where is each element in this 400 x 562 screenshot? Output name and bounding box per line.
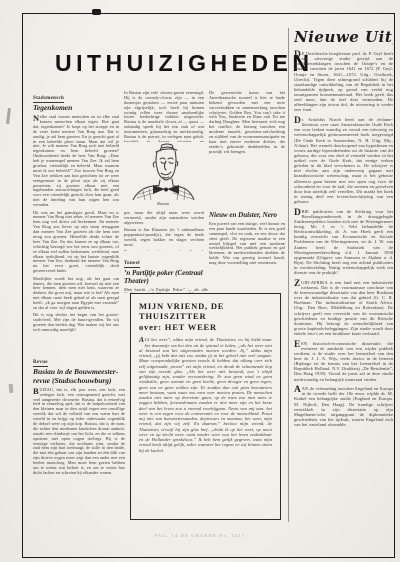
paragraph-text: EN historisch-economische dissertatie, d… bbox=[294, 341, 393, 382]
drop-cap: A bbox=[139, 337, 144, 343]
illustration-caption: Busiau bbox=[128, 201, 198, 206]
paragraph-text: elke stad wonen menschen en in elke stad… bbox=[33, 114, 119, 207]
column-heading-nieuwe-uitgaven: Nieuwe Uitgaven bbox=[294, 28, 393, 46]
drop-cap: D bbox=[294, 51, 301, 59]
section-kicker-stadsmensch: Stadsmensch bbox=[33, 96, 64, 103]
busiau-illustration: Busiau bbox=[128, 142, 198, 209]
busiau-caricature-drawing bbox=[129, 142, 197, 200]
drop-cap: D bbox=[294, 117, 301, 125]
body-paragraph: Een juweel van een intrige, veel humor e… bbox=[209, 222, 285, 266]
article-tegenkomen: Stadsmensch Tegenkomen Nelke stad wonen … bbox=[33, 86, 119, 348]
feature-box-body: ALS het weer”, aldus mijn vriend, de Thu… bbox=[139, 337, 272, 453]
article-busiau-revue: Revue Busiau in de Bouwmeester-revue (St… bbox=[33, 350, 125, 520]
paragraph-text: E Utrechtsche hoogleeraar prof. dr. P. G… bbox=[294, 51, 393, 112]
body-paragraph: Moeilijker wordt het nog, als het gaat o… bbox=[33, 277, 119, 311]
page-footer: PAG. 14 DE GROENE No. 3211 bbox=[0, 533, 400, 538]
review-paragraph: DRIE publicaties van de Stichting voor h… bbox=[294, 209, 393, 276]
column-2-upper: In Busiau zijn vele clowns-gaven vereeni… bbox=[124, 91, 204, 142]
body-paragraph: In Busiau zijn vele clowns-gaven vereeni… bbox=[124, 91, 204, 142]
scan-artifact bbox=[9, 384, 14, 393]
feature-box-title-line1: MIJN VRIEND, DE THUISZITTER bbox=[139, 301, 272, 321]
body-paragraph: por, maar die altijd maar weer wordt ver… bbox=[124, 211, 204, 226]
review-paragraph: Dr. Arnoldus Noach heeft aan de réclame-… bbox=[294, 117, 393, 204]
body-paragraph: Nelke stad wonen menschen en in elke sta… bbox=[33, 115, 119, 208]
article-heading-nieuw-en-duister-nero: Nieuw en Duister, Nero bbox=[209, 211, 285, 221]
section-kicker-toneel: Toneel bbox=[124, 261, 140, 268]
drop-cap: E bbox=[294, 341, 300, 349]
body-paragraph: Dit is nog slechts het begin van het gro… bbox=[33, 313, 119, 333]
column-3-lower: Een juweel van een intrige, veel humor e… bbox=[209, 222, 285, 293]
column-3-upper: De gewenschte kunst van het Amerikaansch… bbox=[209, 91, 285, 210]
review-paragraph: ZUID-AFRIKA is een land met een industri… bbox=[294, 280, 393, 336]
scan-artifact bbox=[92, 9, 101, 15]
paragraph-text: UZIAU, dat is, elk jaar weer, een lach, … bbox=[33, 387, 125, 475]
drop-cap: Z bbox=[294, 280, 300, 288]
feature-box-thuiszitter: MIJN VRIEND, DE THUISZITTER over: HET WE… bbox=[130, 293, 281, 520]
review-paragraph: DE Utrechtsche hoogleeraar prof. dr. P. … bbox=[294, 51, 393, 113]
body-paragraph: BUZIAU, dat is, elk jaar weer, een lach,… bbox=[33, 388, 125, 476]
drop-cap: D bbox=[294, 209, 301, 217]
paragraph-text: RIE publicaties van de Stichting voor he… bbox=[294, 209, 393, 276]
paragraph-text: r. Arnoldus Noach heeft aan de réclame-l… bbox=[294, 117, 393, 204]
article-heading-busiau-revue: Busiau in de Bouwmeester-revue (Stadssch… bbox=[33, 368, 125, 385]
article-partijtje-poker: Toneel ’n Partijtje poker (Centraal Thea… bbox=[124, 251, 208, 293]
body-paragraph: Dit was nu het gunstigste geval. Maar nu… bbox=[33, 211, 119, 275]
body-paragraph: Busiau is Jan Klaassen (in ’t onbetaalba… bbox=[124, 228, 204, 248]
paragraph-text: LS het weer”, aldus mijn vriend, de Thui… bbox=[139, 337, 272, 452]
article-heading-tegenkomen: Tegenkomen bbox=[33, 104, 119, 113]
article-heading-partijtje-poker: ’n Partijtje poker (Centraal Theater) bbox=[124, 269, 208, 285]
page-title: UITHUIZIGHEDEN bbox=[55, 50, 314, 77]
body-paragraph: De gewenschte kunst van het Amerikaansch… bbox=[209, 91, 285, 155]
paragraph-text: AN de verhouding tusschen Engeland en Eu… bbox=[294, 386, 393, 427]
column-2-middle: por, maar die altijd maar weer wordt ver… bbox=[124, 211, 204, 251]
review-paragraph: AAN de verhouding tusschen Engeland en E… bbox=[294, 386, 393, 427]
nieuwe-uitgaven-column: Nieuwe Uitgaven DE Utrechtsche hoogleera… bbox=[294, 28, 393, 522]
paragraph-text: UID-AFRIKA is een land met een industrie… bbox=[294, 280, 393, 336]
drop-cap: N bbox=[33, 115, 39, 122]
review-paragraph: EEN historisch-economische dissertatie, … bbox=[294, 341, 393, 382]
feature-box-title-line2: over: HET WEER bbox=[139, 322, 272, 332]
column-divider-rule bbox=[288, 28, 289, 522]
newspaper-page: UITHUIZIGHEDEN Stadsmensch Tegenkomen Ne… bbox=[0, 0, 400, 562]
drop-cap: A bbox=[294, 386, 301, 394]
drop-cap: B bbox=[33, 388, 39, 395]
section-kicker-revue: Revue bbox=[33, 360, 48, 367]
scan-artifact bbox=[6, 108, 11, 124]
